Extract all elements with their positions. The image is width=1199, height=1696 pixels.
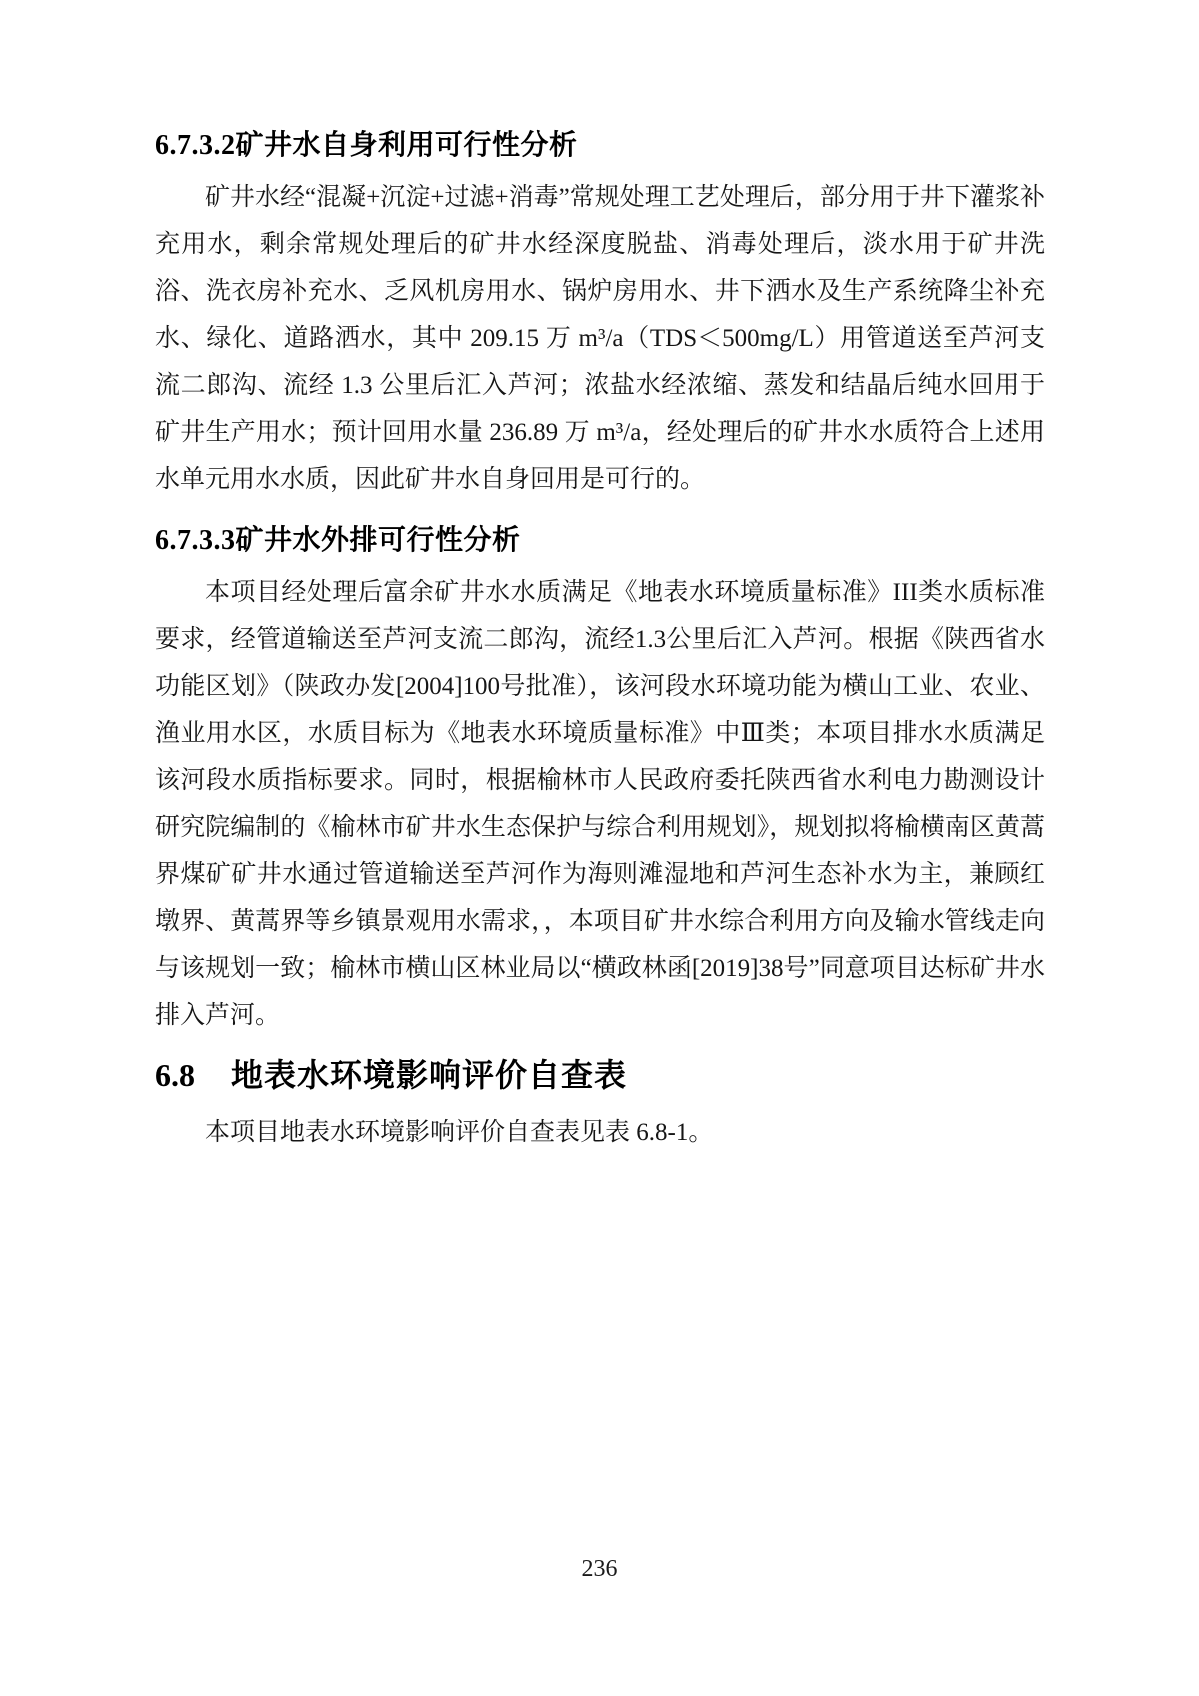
- section-title: 矿井水自身利用可行性分析: [236, 129, 578, 160]
- paragraph: 矿井水经“混凝+沉淀+过滤+消毒”常规处理工艺处理后，部分用于井下灌浆补充用水，…: [155, 174, 1045, 503]
- section-number: 6.8: [155, 1057, 195, 1093]
- section-heading: 6.7.3.3矿井水外排可行性分析: [155, 521, 1045, 560]
- section-title: 矿井水外排可行性分析: [236, 524, 521, 555]
- section-mine-water-self-use: 6.7.3.2矿井水自身利用可行性分析 矿井水经“混凝+沉淀+过滤+消毒”常规处…: [155, 126, 1045, 503]
- paragraph: 本项目地表水环境影响评价自查表见表 6.8-1。: [155, 1109, 1045, 1156]
- section-heading: 6.7.3.2矿井水自身利用可行性分析: [155, 126, 1045, 165]
- section-surface-water-checklist: 6.8地表水环境影响评价自查表 本项目地表水环境影响评价自查表见表 6.8-1。: [155, 1053, 1045, 1156]
- page-number: 236: [0, 1556, 1199, 1583]
- section-mine-water-discharge: 6.7.3.3矿井水外排可行性分析 本项目经处理后富余矿井水水质满足《地表水环境…: [155, 521, 1045, 1039]
- section-heading: 6.8地表水环境影响评价自查表: [155, 1053, 1045, 1097]
- section-title: 地表水环境影响评价自查表: [231, 1057, 627, 1093]
- page-content: 6.7.3.2矿井水自身利用可行性分析 矿井水经“混凝+沉淀+过滤+消毒”常规处…: [155, 126, 1045, 1156]
- section-number: 6.7.3.2: [155, 130, 236, 161]
- section-number: 6.7.3.3: [155, 525, 236, 556]
- paragraph: 本项目经处理后富余矿井水水质满足《地表水环境质量标准》III类水质标准要求，经管…: [155, 569, 1045, 1039]
- document-page: 6.7.3.2矿井水自身利用可行性分析 矿井水经“混凝+沉淀+过滤+消毒”常规处…: [0, 0, 1199, 1696]
